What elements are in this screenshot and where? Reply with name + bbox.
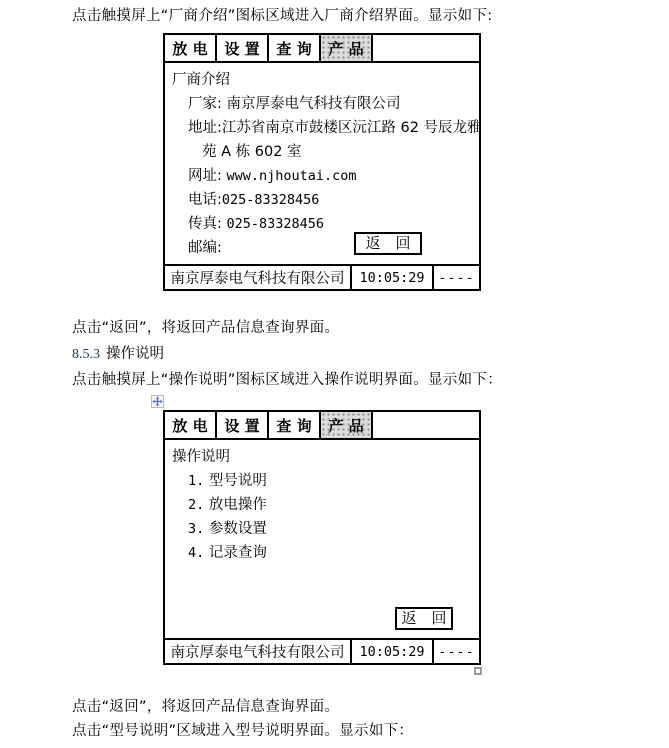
vendor-field-phone: 电话:025-83328456 — [165, 188, 479, 212]
vendor-field-zipcode: 邮编: — [165, 236, 479, 260]
status-clock: 10:05:29 — [352, 266, 434, 289]
operation-screen-content: 操作说明 1. 型号说明 2. 放电操作 3. 参数设置 4. 记录查询 — [165, 442, 479, 565]
tab-settings[interactable]: 设 置 — [217, 412, 269, 438]
field-value: www.njhoutai.com — [227, 168, 357, 184]
document-page: 点击触摸屏上“厂商介绍”图标区域进入厂商介绍界面。显示如下: 放 电 设 置 查… — [0, 0, 669, 748]
field-label: 传真: — [188, 216, 227, 232]
item-text: 型号说明 — [209, 473, 267, 489]
field-value: 025-83328456 — [227, 216, 325, 232]
paragraph-model-desc: 点击“型号说明”区域进入型号说明界面。显示如下： — [72, 719, 413, 740]
field-label: 网址: — [188, 168, 227, 184]
tab-query[interactable]: 查 询 — [269, 412, 321, 438]
operation-screen-title: 操作说明 — [165, 445, 479, 469]
field-value: 025-83328456 — [222, 192, 320, 208]
paragraph-return-1: 点击“返回”，将返回产品信息查询界面。 — [72, 316, 339, 337]
vendor-screen-image[interactable]: 放 电 设 置 查 询 产 品 厂商介绍 厂家: 南京厚泰电气科技有限公司 地址… — [163, 33, 481, 291]
object-resize-handle[interactable] — [474, 667, 482, 675]
menu-item-model[interactable]: 1. 型号说明 — [165, 469, 479, 493]
tab-query[interactable]: 查 询 — [269, 35, 321, 61]
item-number: 4. — [188, 545, 204, 561]
field-label: 邮编: — [188, 240, 222, 256]
tab-bar-spacer — [373, 35, 479, 61]
move-arrows-icon — [152, 396, 163, 407]
section-title: 操作说明 — [106, 346, 164, 362]
menu-item-records[interactable]: 4. 记录查询 — [165, 541, 479, 565]
item-number: 1. — [188, 473, 204, 489]
tab-bar: 放 电 设 置 查 询 产 品 — [165, 35, 479, 63]
vendor-field-manufacturer: 厂家: 南京厚泰电气科技有限公司 — [165, 92, 479, 116]
return-button[interactable]: 返 回 — [395, 607, 453, 630]
paragraph-intro-vendor: 点击触摸屏上“厂商介绍”图标区域进入厂商介绍界面。显示如下: — [72, 4, 492, 25]
vendor-field-website: 网址: www.njhoutai.com — [165, 164, 479, 188]
status-signal: ---- — [434, 266, 479, 289]
tab-settings[interactable]: 设 置 — [217, 35, 269, 61]
status-company: 南京厚泰电气科技有限公司 — [165, 640, 352, 663]
section-heading: 8.5.3操作说明 — [72, 342, 164, 363]
operation-screen-image[interactable]: 放 电 设 置 查 询 产 品 操作说明 1. 型号说明 2. 放电操作 3. … — [163, 410, 481, 665]
paragraph-intro-operation: 点击触摸屏上“操作说明”图标区域进入操作说明界面。显示如下： — [72, 368, 502, 389]
tab-discharge[interactable]: 放 电 — [165, 412, 217, 438]
item-text: 参数设置 — [209, 521, 267, 537]
field-label: 电话: — [188, 192, 222, 208]
status-bar: 南京厚泰电气科技有限公司 10:05:29 ---- — [165, 638, 479, 663]
status-clock: 10:05:29 — [352, 640, 434, 663]
item-number: 3. — [188, 521, 204, 537]
tab-bar-spacer — [373, 412, 479, 438]
field-value: 苑 A 栋 602 室 — [202, 144, 302, 160]
tab-bar: 放 电 设 置 查 询 产 品 — [165, 412, 479, 440]
menu-item-parameters[interactable]: 3. 参数设置 — [165, 517, 479, 541]
return-button[interactable]: 返 回 — [354, 232, 422, 255]
status-signal: ---- — [434, 640, 479, 663]
vendor-field-address: 地址:江苏省南京市鼓楼区沅江路 62 号辰龙雅 — [165, 116, 479, 140]
paragraph-return-2: 点击“返回”，将返回产品信息查询界面。 — [72, 695, 339, 716]
object-move-handle[interactable] — [151, 395, 164, 408]
menu-item-discharge[interactable]: 2. 放电操作 — [165, 493, 479, 517]
vendor-screen-content: 厂商介绍 厂家: 南京厚泰电气科技有限公司 地址:江苏省南京市鼓楼区沅江路 62… — [165, 65, 479, 260]
field-value: 江苏省南京市鼓楼区沅江路 62 号辰龙雅 — [222, 120, 482, 136]
field-label: 地址: — [188, 120, 222, 136]
vendor-field-fax: 传真: 025-83328456 — [165, 212, 479, 236]
field-label: 厂家: — [188, 96, 227, 112]
tab-product[interactable]: 产 品 — [321, 35, 373, 61]
field-value: 南京厚泰电气科技有限公司 — [227, 96, 401, 112]
status-company: 南京厚泰电气科技有限公司 — [165, 266, 352, 289]
tab-discharge[interactable]: 放 电 — [165, 35, 217, 61]
status-bar: 南京厚泰电气科技有限公司 10:05:29 ---- — [165, 264, 479, 289]
item-text: 放电操作 — [209, 497, 267, 513]
tab-product[interactable]: 产 品 — [321, 412, 373, 438]
item-number: 2. — [188, 497, 204, 513]
vendor-screen-title: 厂商介绍 — [165, 68, 479, 92]
item-text: 记录查询 — [209, 545, 267, 561]
section-number: 8.5.3 — [72, 347, 100, 362]
vendor-field-address-wrap: 苑 A 栋 602 室 — [165, 140, 479, 164]
